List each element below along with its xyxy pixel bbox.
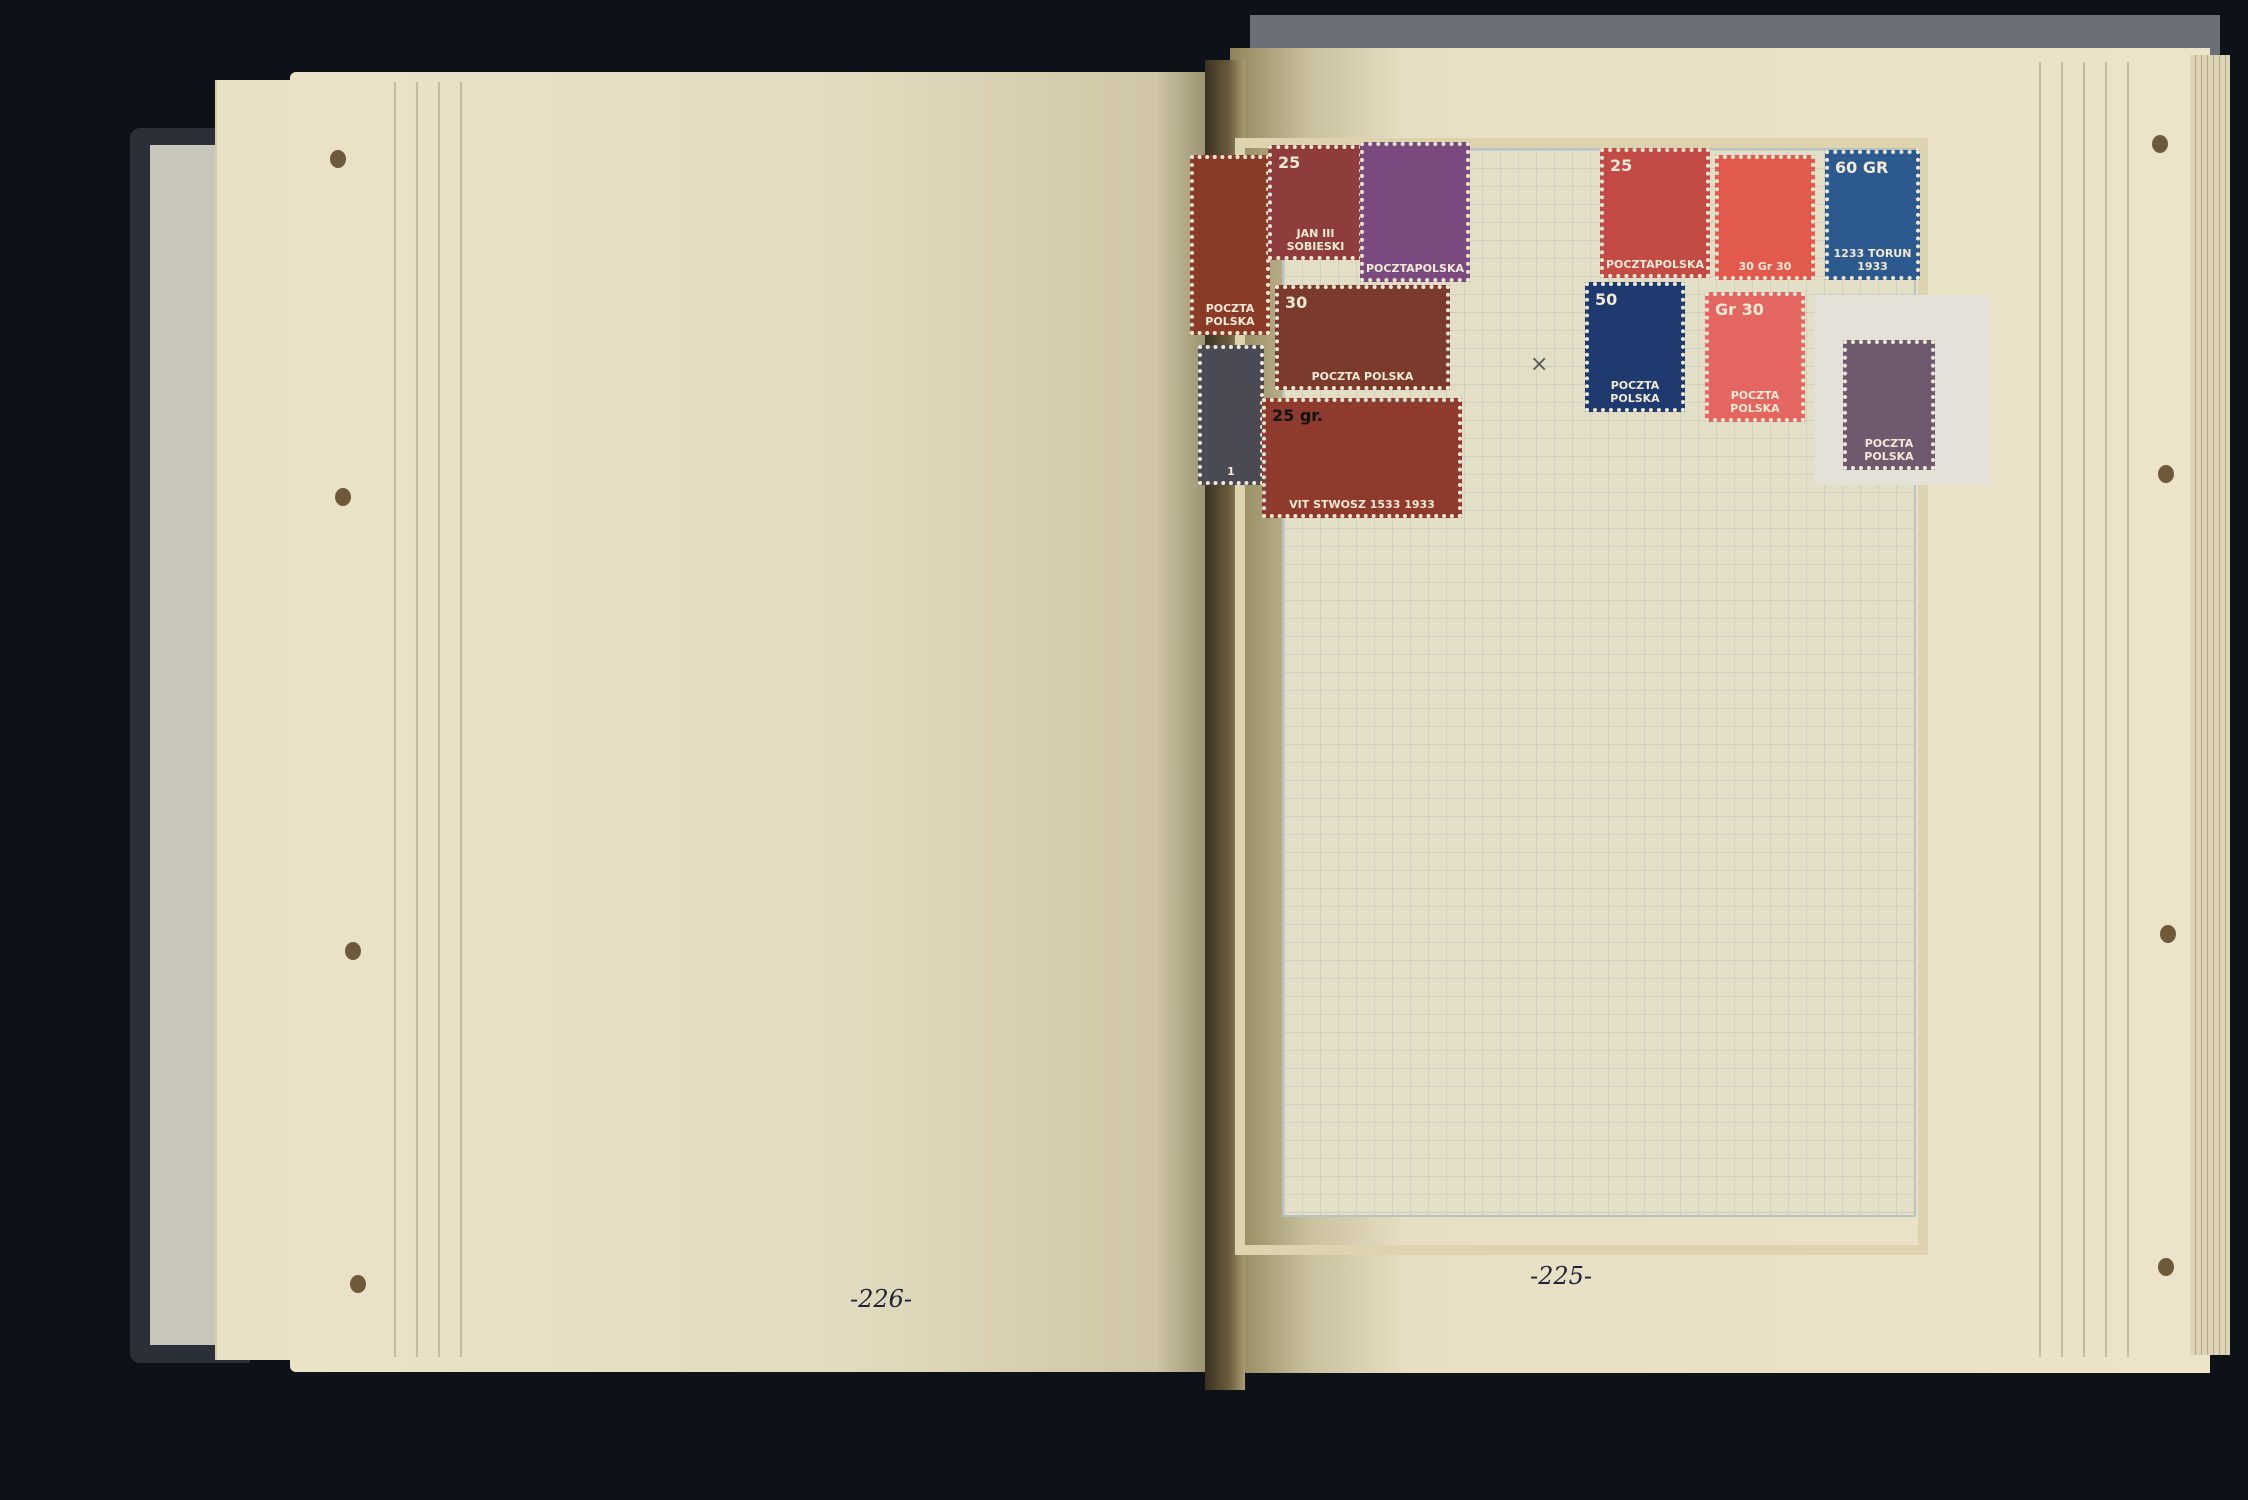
left-embossed-ridges [380,82,480,1357]
stamp: 1 [1198,345,1264,485]
stamp: 50POCZTA POLSKA [1585,282,1685,412]
binder-hole-icon [350,1275,366,1293]
stamp: POCZTA POLSKA [1190,155,1270,335]
page-number-left: -226- [850,1285,912,1313]
binder-hole-icon [2152,135,2168,153]
stamp: Gr 30POCZTA POLSKA [1705,292,1805,422]
right-page-stack [2190,55,2230,1355]
stamp: POCZTAPOLSKA [1360,142,1470,282]
page-number-right: -225- [1530,1262,1592,1290]
right-embossed-ridges [2025,62,2135,1357]
binder-hole-icon [330,150,346,168]
stamp: 30 Gr 30 [1715,155,1815,280]
stamp: 30POCZTA POLSKA [1275,285,1450,390]
stamp: 25JAN III SOBIESKI [1268,145,1363,260]
binder-hole-icon [335,488,351,506]
pencil-mark: × [1530,352,1548,377]
binder-hole-icon [2160,925,2176,943]
stamp: 60 GR1233 TORUN 1933 [1825,150,1920,280]
stamp: POCZTA POLSKA [1843,340,1935,470]
binder-hole-icon [345,942,361,960]
stamp: 25POCZTAPOLSKA [1600,148,1710,278]
stamp: 25 gr.VIT STWOSZ 1533 1933 [1262,398,1462,518]
binder-hole-icon [2158,465,2174,483]
binder-hole-icon [2158,1258,2174,1276]
